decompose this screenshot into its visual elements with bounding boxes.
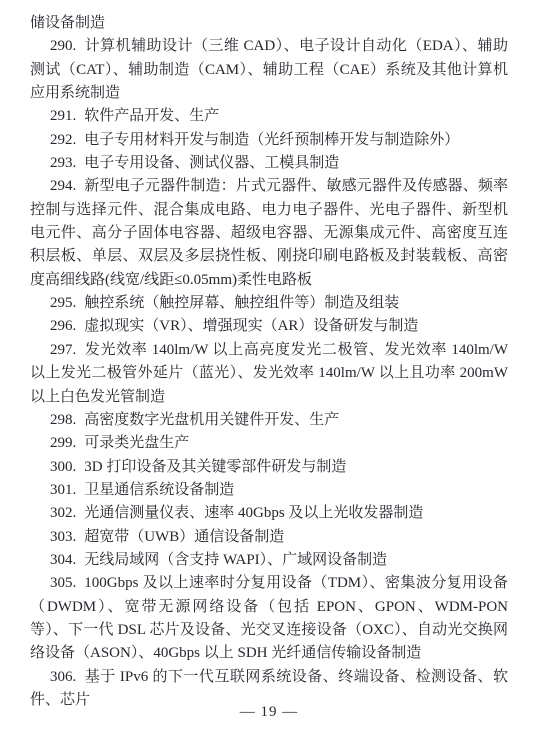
item-number: 300. [50,459,76,475]
continuation-line: 储设备制造 [30,12,508,35]
item-number: 301. [50,482,76,498]
item-text: 超宽带（UWB）通信设备制造 [84,529,284,545]
item-number: 295. [50,295,76,311]
list-item-296: 296.虚拟现实（VR）、增强现实（AR）设备研发与制造 [30,315,508,338]
document-page: 储设备制造 290.计算机辅助设计（三维 CAD）、电子设计自动化（EDA）、辅… [0,0,538,752]
item-text: 可录类光盘生产 [84,435,189,451]
item-number: 303. [50,529,76,545]
item-number: 298. [50,412,76,428]
list-item-305: 305.100Gbps 及以上速率时分复用设备（TDM）、密集波分复用设备（DW… [30,572,508,665]
list-item-301: 301.卫星通信系统设备制造 [30,479,508,502]
item-text: 触控系统（触控屏幕、触控组件等）制造及组装 [84,295,399,311]
item-text: 光通信测量仪表、速率 40Gbps 及以上光收发器制造 [84,505,423,521]
list-item-297: 297.发光效率 140lm/W 以上高亮度发光二极管、发光效率 140lm/W… [30,339,508,409]
list-item-303: 303.超宽带（UWB）通信设备制造 [30,526,508,549]
item-text: 3D 打印设备及其关键零部件研发与制造 [84,459,346,475]
list-item-300: 300.3D 打印设备及其关键零部件研发与制造 [30,456,508,479]
item-number: 304. [50,552,76,568]
item-text: 100Gbps 及以上速率时分复用设备（TDM）、密集波分复用设备（DWDM）、… [30,575,508,661]
item-number: 291. [50,108,76,124]
item-number: 306. [50,669,76,685]
list-item-291: 291.软件产品开发、生产 [30,105,508,128]
item-number: 296. [50,318,76,334]
item-number: 305. [50,575,76,591]
list-item-298: 298.高密度数字光盘机用关键件开发、生产 [30,409,508,432]
item-text: 高密度数字光盘机用关键件开发、生产 [84,412,339,428]
list-item-294: 294.新型电子元器件制造：片式元器件、敏感元器件及传感器、频率控制与选择元件、… [30,175,508,292]
item-text: 卫星通信系统设备制造 [84,482,234,498]
list-item-292: 292.电子专用材料开发与制造（光纤预制棒开发与制造除外） [30,129,508,152]
item-number: 290. [50,38,76,54]
item-text: 电子专用设备、测试仪器、工模具制造 [84,155,339,171]
item-number: 299. [50,435,76,451]
item-text: 虚拟现实（VR）、增强现实（AR）设备研发与制造 [84,318,418,334]
item-text: 计算机辅助设计（三维 CAD）、电子设计自动化（EDA）、辅助测试（CAT）、辅… [30,38,508,101]
item-text: 发光效率 140lm/W 以上高亮度发光二极管、发光效率 140lm/W 以上发… [30,342,508,405]
item-number: 292. [50,132,76,148]
list-item-290: 290.计算机辅助设计（三维 CAD）、电子设计自动化（EDA）、辅助测试（CA… [30,35,508,105]
page-number: — 19 — [0,701,538,724]
list-item-295: 295.触控系统（触控屏幕、触控组件等）制造及组装 [30,292,508,315]
item-text: 电子专用材料开发与制造（光纤预制棒开发与制造除外） [84,132,459,148]
item-text: 无线局域网（含支持 WAPI）、广域网设备制造 [84,552,387,568]
item-number: 297. [50,342,76,358]
list-item-304: 304.无线局域网（含支持 WAPI）、广域网设备制造 [30,549,508,572]
item-number: 302. [50,505,76,521]
list-item-302: 302.光通信测量仪表、速率 40Gbps 及以上光收发器制造 [30,502,508,525]
item-number: 293. [50,155,76,171]
item-number: 294. [50,178,76,194]
item-text: 新型电子元器件制造：片式元器件、敏感元器件及传感器、频率控制与选择元件、混合集成… [30,178,508,287]
list-item-293: 293.电子专用设备、测试仪器、工模具制造 [30,152,508,175]
item-text: 软件产品开发、生产 [84,108,219,124]
list-item-299: 299.可录类光盘生产 [30,432,508,455]
